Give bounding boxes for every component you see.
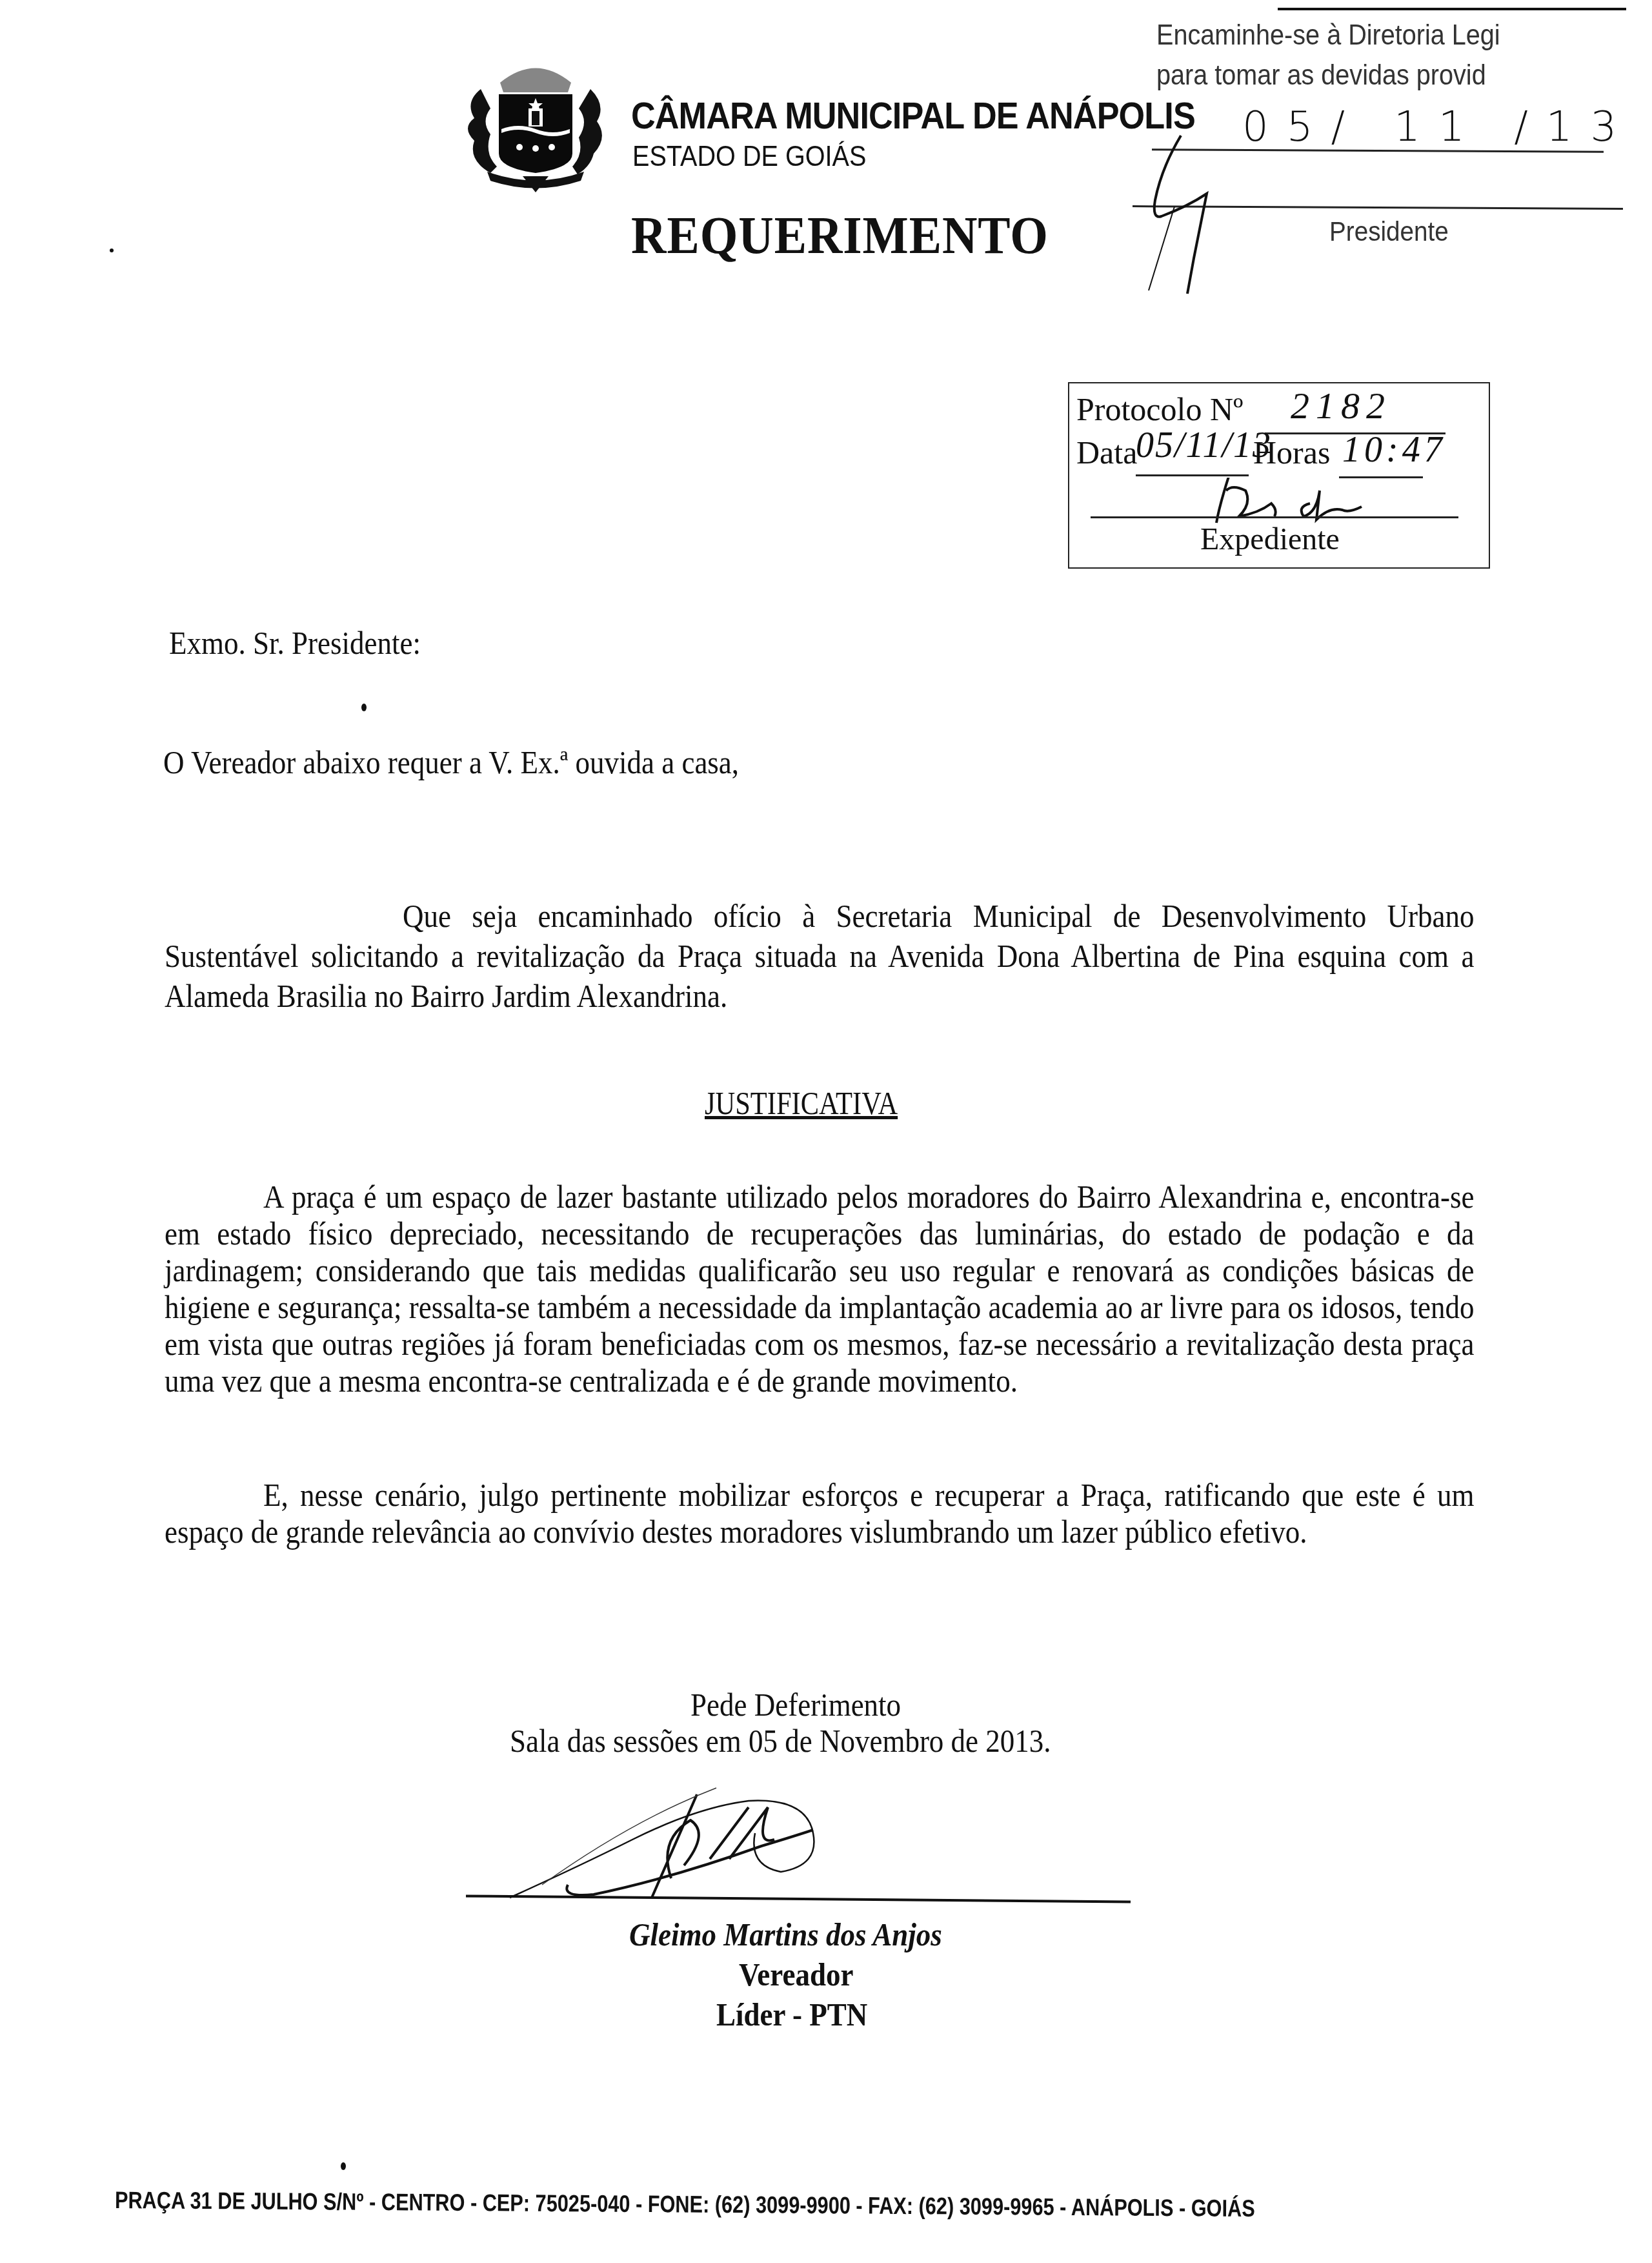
signer-party: Líder - PTN (716, 1996, 867, 2033)
protocol-department: Expediente (1200, 522, 1340, 557)
scan-speck (361, 704, 367, 711)
organization-name: CÂMARA MUNICIPAL DE ANÁPOLIS (631, 94, 1195, 137)
coat-of-arms-icon (461, 57, 610, 192)
dispatch-instruction-line2: para tomar as devidas provid (1156, 59, 1486, 92)
organization-state: ESTADO DE GOIÁS (632, 141, 866, 173)
protocol-time-value: 10:47 (1342, 429, 1446, 471)
dispatch-signer-label: Presidente (1329, 216, 1449, 247)
closing-place-date: Sala das sessões em 05 de Novembro de 20… (510, 1722, 1051, 1760)
protocol-time-label: Horas (1253, 434, 1330, 471)
dispatch-top-rule (1278, 8, 1626, 10)
justification-heading: JUSTIFICATIVA (705, 1084, 898, 1122)
request-paragraph: Que seja encaminhado ofício à Secretaria… (165, 896, 1475, 1016)
signer-signature-icon (503, 1769, 839, 1917)
intro-statement: O Vereador abaixo requer a V. Ex.ª ouvid… (163, 742, 739, 782)
footer-address: PRAÇA 31 DE JULHO S/Nº - CENTRO - CEP: 7… (115, 2187, 1255, 2222)
protocol-number-value: 2182 (1291, 384, 1391, 427)
closing-request: Pede Deferimento (690, 1686, 901, 1723)
president-signature-icon (1142, 129, 1233, 297)
conclusion-paragraph: E, nesse cenário, julgo pertinente mobil… (165, 1477, 1475, 1550)
justification-paragraph: A praça é um espaço de lazer bastante ut… (165, 1179, 1475, 1399)
signer-role: Vereador (739, 1956, 853, 1993)
scan-speck (110, 249, 114, 252)
signer-name: Gleimo Martins dos Anjos (629, 1916, 942, 1953)
protocol-date-value: 05/11/13 (1136, 425, 1272, 466)
protocol-number-label: Protocolo Nº (1076, 391, 1244, 428)
protocol-date-line (1136, 474, 1249, 476)
protocol-signature-line (1091, 516, 1458, 518)
scan-speck (341, 2162, 346, 2170)
dispatch-instruction-line1: Encaminhe-se à Diretoria Legi (1156, 19, 1500, 52)
protocol-date-label: Data (1076, 434, 1137, 471)
dispatch-handwritten-date: 05/ 11 /13 (1242, 103, 1635, 151)
document-title: REQUERIMENTO (631, 205, 1049, 266)
salutation: Exmo. Sr. Presidente: (169, 623, 421, 663)
